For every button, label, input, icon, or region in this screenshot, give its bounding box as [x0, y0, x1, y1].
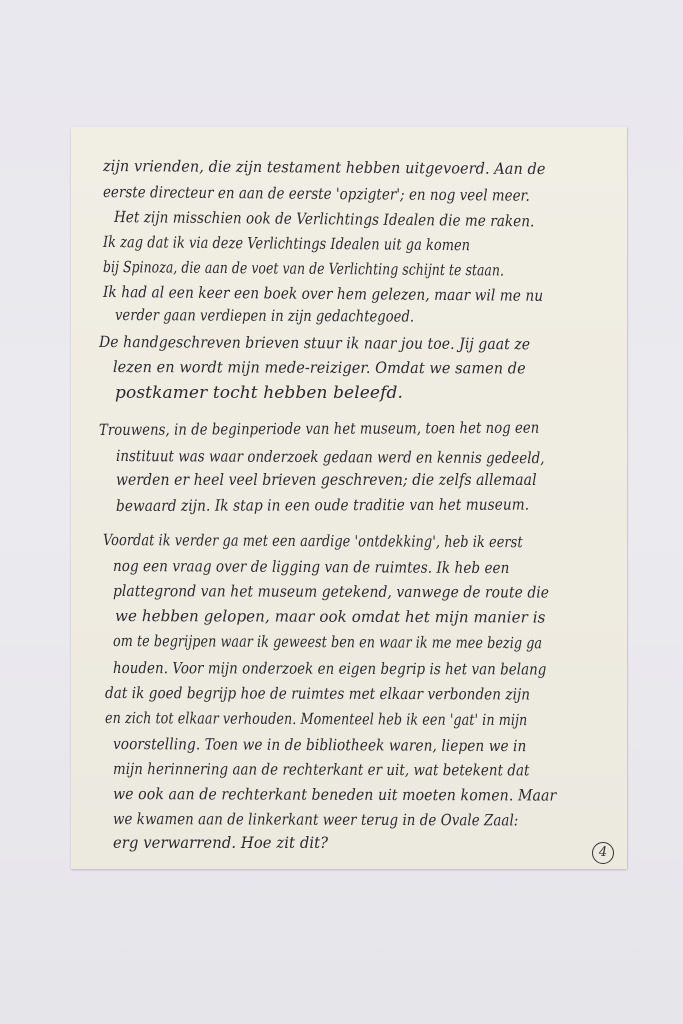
letter-line: De handgeschreven brieven stuur ik naar … — [99, 333, 530, 353]
letter-line: we hebben gelopen, maar ook omdat het mi… — [115, 607, 546, 627]
letter-line: nog een vraag over de ligging van de rui… — [113, 557, 510, 577]
letter-line: en zich tot elkaar verhouden. Momenteel … — [105, 709, 527, 729]
letter-line: plattegrond van het museum getekend, van… — [113, 582, 549, 602]
letter-line: we kwamen aan de linkerkant weer terug i… — [113, 810, 518, 829]
letter-line: zijn vrienden, die zijn testament hebben… — [103, 157, 546, 178]
letter-line: instituut was waar onderzoek gedaan werd… — [116, 447, 545, 467]
letter-line: mijn herinnering aan de rechterkant er u… — [113, 760, 530, 779]
letter-line: verder gaan verdiepen in zijn gedachtego… — [115, 306, 414, 326]
letter-line: eerste directeur en aan de eerste 'opzig… — [103, 183, 530, 205]
letter-line: houden. Voor mijn onderzoek en eigen beg… — [113, 659, 546, 679]
letter-line: erg verwarrend. Hoe zit dit? — [113, 834, 328, 852]
letter-line: Voordat ik verder ga met een aardige 'on… — [103, 531, 523, 551]
letter-line: lezen en wordt mijn mede-reiziger. Omdat… — [113, 358, 526, 377]
letter-line: dat ik goed begrijp hoe de ruimtes met e… — [105, 684, 530, 703]
letter-line: bij Spinoza, die aan de voet van de Verl… — [103, 258, 504, 279]
letter-line: Ik had al een keer een boek over hem gel… — [103, 283, 543, 305]
letter-line: Het zijn misschien ook de Verlichtings I… — [114, 208, 535, 230]
letter-line: postkamer tocht hebben beleefd. — [115, 383, 403, 403]
letter-line: Trouwens, in de beginperiode van het mus… — [99, 419, 539, 439]
letter-line: voorstelling. Toen we in de bibliotheek … — [113, 735, 526, 755]
letter-line: bewaard zijn. Ik stap in een oude tradit… — [116, 496, 529, 515]
handwritten-letter-page: zijn vrienden, die zijn testament hebben… — [71, 127, 627, 869]
letter-line: we ook aan de rechterkant beneden uit mo… — [113, 785, 556, 805]
letter-line: Ik zag dat ik via deze Verlichtings Idea… — [103, 233, 470, 254]
page-number-circled: 4 — [592, 842, 614, 864]
letter-line: werden er heel veel brieven geschreven; … — [116, 471, 537, 489]
letter-line: om te begrijpen waar ik geweest ben en w… — [113, 632, 542, 652]
